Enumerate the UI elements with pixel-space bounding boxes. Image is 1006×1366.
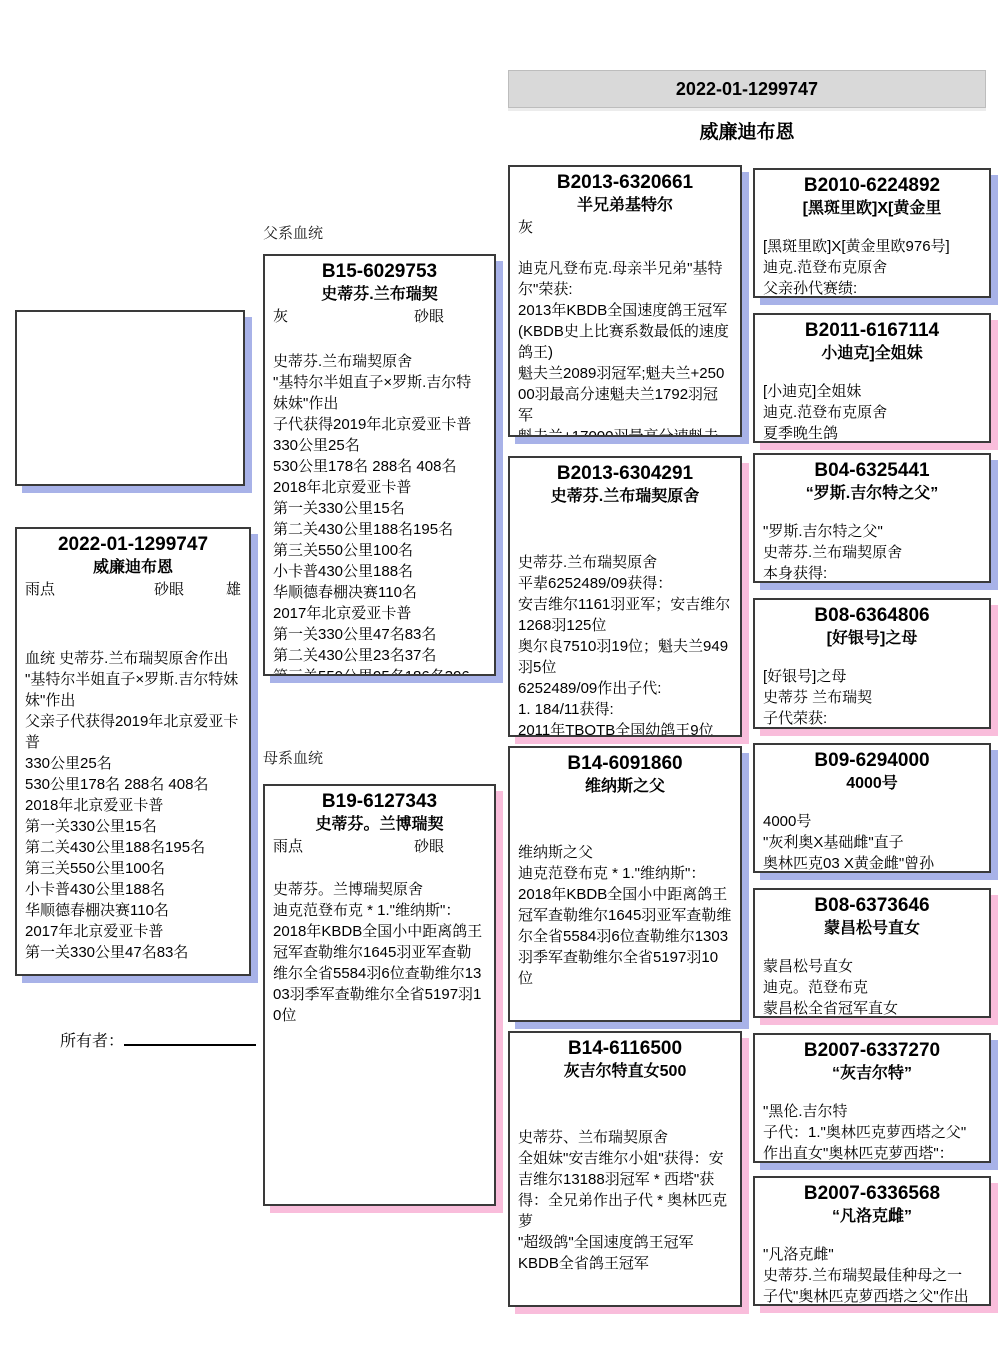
subject-box: 2022-01-1299747 威廉迪布恩 雨点 砂眼 雄 血统 史蒂芬.兰布瑞… <box>15 527 251 976</box>
ggp3-details: "罗斯.吉尔特之父"史蒂芬.兰布瑞契原舍本身获得: <box>763 521 981 583</box>
ring-number-bar: 2022-01-1299747 <box>508 70 986 108</box>
gp3-name: 维纳斯之父 <box>518 776 732 798</box>
pigeon-main-name: 威廉迪布恩 <box>508 117 986 144</box>
father-plumage: 灰 <box>273 306 414 327</box>
owner-row: 所有者： <box>60 1028 256 1051</box>
owner-label: 所有者： <box>60 1033 124 1050</box>
owner-blank-line <box>124 1032 256 1046</box>
ggp7-name: “灰吉尔特” <box>763 1063 981 1085</box>
gp2-ring-number: B2013-6304291 <box>518 462 732 486</box>
ggp4-ring-number: B08-6364806 <box>763 604 981 628</box>
father-details: 史蒂芬.兰布瑞契原舍"基特尔半姐直子×罗斯.吉尔特妹妹"作出子代获得2019年北… <box>273 351 486 676</box>
ggp6-details: 蒙昌松号直女迪克。范登布克蒙昌松全省冠军直女 <box>763 956 981 1018</box>
gp1-eye <box>660 217 732 238</box>
gp4-name: 灰吉尔特直女500 <box>518 1061 732 1083</box>
ggp6-ring-number: B08-6373646 <box>763 894 981 918</box>
mother-plumage: 雨点 <box>273 836 414 857</box>
gp3-details: 维纳斯之父迪克范登布克 * 1."维纳斯"：2018年KBDB全国小中距离鸽王冠… <box>518 842 732 989</box>
gp1-details: 迪克凡登布克.母亲半兄弟"基特尔"荣获:2013年KBDB全国速度鸽王冠军(KB… <box>518 258 732 437</box>
grandparent-box-3: B14-6091860 维纳斯之父 维纳斯之父迪克范登布克 * 1."维纳斯"：… <box>508 746 742 1022</box>
subject-ring-number: 2022-01-1299747 <box>25 533 241 557</box>
mother-ring-number: B19-6127343 <box>273 790 486 814</box>
mother-eye: 砂眼 <box>414 836 486 857</box>
father-trait-row: 灰 砂眼 <box>273 306 486 327</box>
ggp1-ring-number: B2010-6224892 <box>763 174 981 198</box>
grandparent-box-1: B2013-6320661 半兄弟基特尔 灰 迪克凡登布克.母亲半兄弟"基特尔"… <box>508 165 742 437</box>
grandparent-box-2: B2013-6304291 史蒂芬.兰布瑞契原舍 史蒂芬.兰布瑞契原舍平辈625… <box>508 456 742 737</box>
grandparent-box-4: B14-6116500 灰吉尔特直女500 史蒂芬、兰布瑞契原舍全姐妹"安吉维尔… <box>508 1031 742 1307</box>
ggp1-name: [黑斑里欧]X[黄金里 <box>763 198 981 220</box>
gp1-plumage: 灰 <box>518 217 660 238</box>
gp2-name: 史蒂芬.兰布瑞契原舍 <box>518 486 732 508</box>
ggp1-details: [黑斑里欧]X[黄金里欧976号]迪克.范登布克原舍父亲孙代赛绩: <box>763 236 981 298</box>
maternal-line-label: 母系血统 <box>263 747 323 768</box>
father-ring-number: B15-6029753 <box>273 260 486 284</box>
great-grandparent-box-8: B2007-6336568 “凡洛克雌” "凡洛克雌"史蒂芬.兰布瑞契最佳种母之… <box>753 1176 991 1306</box>
gp4-details: 史蒂芬、兰布瑞契原舍全姐妹"安吉维尔小姐"获得：安吉维尔13188羽冠军 * 西… <box>518 1127 732 1274</box>
gp1-trait-row: 灰 <box>518 217 732 238</box>
subject-name: 威廉迪布恩 <box>25 557 241 579</box>
great-grandparent-box-7: B2007-6337270 “灰吉尔特” "黑伦.吉尔特子代：1."奥林匹克萝西… <box>753 1033 991 1163</box>
subject-sex: 雄 <box>226 579 241 600</box>
gp1-name: 半兄弟基特尔 <box>518 195 732 217</box>
ggp3-ring-number: B04-6325441 <box>763 459 981 483</box>
mother-trait-row: 雨点 砂眼 <box>273 836 486 857</box>
gp3-ring-number: B14-6091860 <box>518 752 732 776</box>
gp1-ring-number: B2013-6320661 <box>518 171 732 195</box>
pedigree-page: 2022-01-1299747 威廉迪布恩 2022-01-1299747 威廉… <box>0 0 1006 1366</box>
ggp8-name: “凡洛克雌” <box>763 1206 981 1228</box>
ggp5-ring-number: B09-6294000 <box>763 749 981 773</box>
great-grandparent-box-2: B2011-6167114 小迪克]全姐妹 [小迪克]全姐妹迪克.范登布克原舍夏… <box>753 313 991 443</box>
subject-details: 血统 史蒂芬.兰布瑞契原舍作出"基特尔半姐直子×罗斯.吉尔特妹妹"作出父亲子代获… <box>25 648 241 963</box>
great-grandparent-box-4: B08-6364806 [好银号]之母 [好银号]之母史蒂芬 兰布瑞契子代荣获: <box>753 598 991 729</box>
ggp7-details: "黑伦.吉尔特子代：1."奥林匹克萝西塔之父"作出直女"奥林匹克萝西塔"： <box>763 1101 981 1163</box>
subject-eye: 砂眼 <box>154 579 226 600</box>
ggp7-ring-number: B2007-6337270 <box>763 1039 981 1063</box>
ggp4-details: [好银号]之母史蒂芬 兰布瑞契子代荣获: <box>763 666 981 729</box>
subject-plumage: 雨点 <box>25 579 154 600</box>
ring-number-text: 2022-01-1299747 <box>676 79 818 100</box>
great-grandparent-box-3: B04-6325441 “罗斯.吉尔特之父” "罗斯.吉尔特之父"史蒂芬.兰布瑞… <box>753 453 991 583</box>
ggp2-ring-number: B2011-6167114 <box>763 319 981 343</box>
paternal-line-label: 父系血统 <box>263 222 323 243</box>
ggp5-details: 4000号"灰利奥X基础雌"直子奥林匹克03 X黄金雌"曾孙 <box>763 811 981 873</box>
great-grandparent-box-5: B09-6294000 4000号 4000号"灰利奥X基础雌"直子奥林匹克03… <box>753 743 991 873</box>
ggp4-name: [好银号]之母 <box>763 628 981 650</box>
photo-placeholder-box <box>15 310 245 486</box>
ggp8-details: "凡洛克雌"史蒂芬.兰布瑞契最佳种母之一子代"奥林匹克萝西塔之父"作出 <box>763 1244 981 1306</box>
ggp2-name: 小迪克]全姐妹 <box>763 343 981 365</box>
ggp6-name: 蒙昌松号直女 <box>763 918 981 940</box>
mother-box: B19-6127343 史蒂芬。兰博瑞契 雨点 砂眼 史蒂芬。兰博瑞契原舍迪克范… <box>263 784 496 1206</box>
father-box: B15-6029753 史蒂芬.兰布瑞契 灰 砂眼 史蒂芬.兰布瑞契原舍"基特尔… <box>263 254 496 676</box>
ggp3-name: “罗斯.吉尔特之父” <box>763 483 981 505</box>
father-eye: 砂眼 <box>414 306 486 327</box>
great-grandparent-box-6: B08-6373646 蒙昌松号直女 蒙昌松号直女迪克。范登布克蒙昌松全省冠军直… <box>753 888 991 1018</box>
subject-trait-row: 雨点 砂眼 雄 <box>25 579 241 600</box>
mother-details: 史蒂芬。兰博瑞契原舍迪克范登布克 * 1."维纳斯"：2018年KBDB全国小中… <box>273 879 486 1026</box>
mother-name: 史蒂芬。兰博瑞契 <box>273 814 486 836</box>
great-grandparent-box-1: B2010-6224892 [黑斑里欧]X[黄金里 [黑斑里欧]X[黄金里欧97… <box>753 168 991 298</box>
gp4-ring-number: B14-6116500 <box>518 1037 732 1061</box>
gp2-details: 史蒂芬.兰布瑞契原舍平辈6252489/09获得：安吉维尔1161羽亚军；安吉维… <box>518 552 732 737</box>
ggp8-ring-number: B2007-6336568 <box>763 1182 981 1206</box>
ggp2-details: [小迪克]全姐妹迪克.范登布克原舍夏季晚生鸽 <box>763 381 981 443</box>
father-name: 史蒂芬.兰布瑞契 <box>273 284 486 306</box>
ggp5-name: 4000号 <box>763 773 981 795</box>
